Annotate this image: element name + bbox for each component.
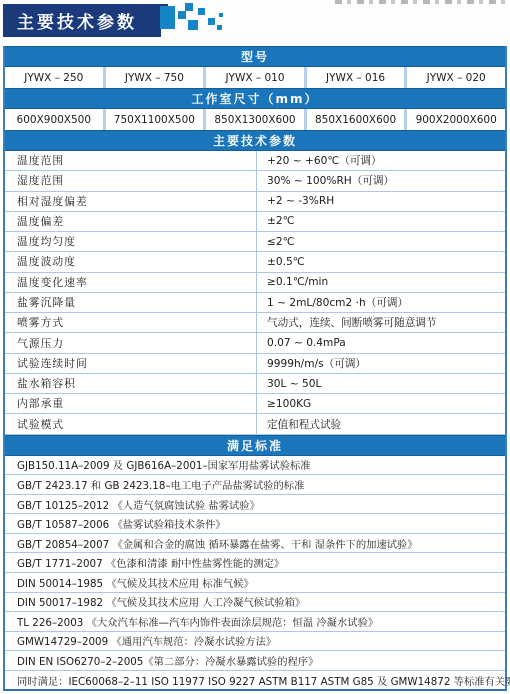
standard-row: GB/T 20854–2007 《金属和合金的腐蚀 循环暴露在盐雾、干和 湿条件… bbox=[5, 534, 505, 554]
param-label: 内部承重 bbox=[5, 394, 257, 413]
param-value: ±2℃ bbox=[257, 212, 505, 231]
param-label: 试验模式 bbox=[5, 414, 257, 433]
param-row: 内部承重 ≥100KG bbox=[5, 394, 505, 414]
mosaic-square bbox=[185, 3, 193, 11]
size-cell: 850X1300X600 bbox=[206, 109, 307, 130]
param-row: 温度变化速率 ≥0.1℃/min bbox=[5, 273, 505, 293]
param-row: 喷雾方式 气动式，连续、间断喷雾可随意调节 bbox=[5, 313, 505, 333]
param-row: 温度波动度 ±0.5℃ bbox=[5, 252, 505, 272]
clipped-text-fragment bbox=[335, 0, 510, 4]
section-header-size: 工作室尺寸（mm） bbox=[5, 88, 505, 109]
param-value: 1 ~ 2mL/80cm2 ·h（可调） bbox=[257, 293, 505, 312]
mosaic-square bbox=[219, 13, 223, 17]
param-row: 盐水箱容积 30L ~ 50L bbox=[5, 374, 505, 394]
standard-row: DIN EN ISO6270–2–2005《第二部分：冷凝水暴露试验的程序》 bbox=[5, 651, 505, 671]
param-label: 喷雾方式 bbox=[5, 313, 257, 332]
standard-row: GB/T 10587–2006 《盐雾试验箱技术条件》 bbox=[5, 514, 505, 534]
param-label: 盐雾沉降量 bbox=[5, 293, 257, 312]
param-row: 盐雾沉降量 1 ~ 2mL/80cm2 ·h（可调） bbox=[5, 293, 505, 313]
mosaic-square bbox=[217, 25, 222, 30]
section-header-params: 主要技术参数 bbox=[5, 130, 505, 151]
standard-row: TL 226–2003 《大众汽车标准—汽车内饰件表面涂层规范：恒温 冷凝水试验… bbox=[5, 612, 505, 632]
spec-sheet-page: 主要技术参数 型号 JYWX – 250 JYWX – 750 JYWX – 0… bbox=[0, 0, 510, 694]
param-value: 30% ~ 100%RH（可调） bbox=[257, 171, 505, 190]
param-value: +20 ~ +60℃（可调） bbox=[257, 151, 505, 170]
param-label: 温度均匀度 bbox=[5, 232, 257, 251]
model-cell: JYWX – 750 bbox=[106, 67, 207, 88]
param-value: ≥0.1℃/min bbox=[257, 273, 505, 292]
param-value: 定值和程式试验 bbox=[257, 414, 505, 433]
mosaic-square bbox=[208, 18, 215, 25]
page-title: 主要技术参数 bbox=[3, 8, 137, 33]
mosaic-square bbox=[198, 8, 205, 15]
param-row: 试验模式 定值和程式试验 bbox=[5, 414, 505, 434]
standard-row: GJB150.11A–2009 及 GJB616A–2001–国家军用盐雾试验标… bbox=[5, 456, 505, 476]
param-label: 温度范围 bbox=[5, 151, 257, 170]
model-cell: JYWX – 010 bbox=[206, 67, 307, 88]
standard-row: DIN 50017–1982 《气候及其技术应用 人工冷凝气候试验箱》 bbox=[5, 593, 505, 613]
standard-row: 同时满足：IEC60068–2–11 ISO 11977 ISO 9227 AS… bbox=[5, 671, 505, 691]
mosaic-square bbox=[160, 6, 175, 29]
size-cell: 850X1600X600 bbox=[307, 109, 408, 130]
param-value: 0.07 ~ 0.4mPa bbox=[257, 333, 505, 352]
standard-row: DIN 50014–1985 《气候及其技术应用 标准气候》 bbox=[5, 573, 505, 593]
param-label: 温度波动度 bbox=[5, 252, 257, 271]
model-cell: JYWX – 020 bbox=[407, 67, 505, 88]
standard-row: GMW14729–2009 《通用汽车规范：冷凝水试验方法》 bbox=[5, 632, 505, 652]
param-value: 9999h/m/s（可调） bbox=[257, 354, 505, 373]
param-row: 试验连续时间 9999h/m/s（可调） bbox=[5, 354, 505, 374]
param-value: 30L ~ 50L bbox=[257, 374, 505, 393]
param-row: 温度均匀度 ≤2℃ bbox=[5, 232, 505, 252]
param-row: 湿度范围 30% ~ 100%RH（可调） bbox=[5, 171, 505, 191]
param-label: 相对湿度偏差 bbox=[5, 192, 257, 211]
param-value: ±0.5℃ bbox=[257, 252, 505, 271]
mosaic-square bbox=[178, 11, 186, 19]
param-label: 温度变化速率 bbox=[5, 273, 257, 292]
model-row: JYWX – 250 JYWX – 750 JYWX – 010 JYWX – … bbox=[5, 67, 505, 88]
standard-row: GB/T 1771–2007 《色漆和清漆 耐中性盐雾性能的测定》 bbox=[5, 553, 505, 573]
size-cell: 750X1100X500 bbox=[106, 109, 207, 130]
param-row: 温度偏差 ±2℃ bbox=[5, 212, 505, 232]
size-cell: 600X900X500 bbox=[5, 109, 106, 130]
model-cell: JYWX – 016 bbox=[307, 67, 408, 88]
param-value: ≥100KG bbox=[257, 394, 505, 413]
size-cell: 900X2000X600 bbox=[407, 109, 505, 130]
param-value: 气动式，连续、间断喷雾可随意调节 bbox=[257, 313, 505, 332]
page-title-banner: 主要技术参数 bbox=[3, 4, 161, 37]
param-label: 盐水箱容积 bbox=[5, 374, 257, 393]
param-value: ≤2℃ bbox=[257, 232, 505, 251]
param-value: +2 ~ -3%RH bbox=[257, 192, 505, 211]
standard-row: GB/T 2423.17 和 GB 2423.18–电工电子产品盐雾试验的标准 bbox=[5, 475, 505, 495]
standard-row: GB/T 10125–2012 《人造气氛腐蚀试验 盐雾试验》 bbox=[5, 495, 505, 515]
param-label: 湿度范围 bbox=[5, 171, 257, 190]
size-row: 600X900X500 750X1100X500 850X1300X600 85… bbox=[5, 109, 505, 130]
mosaic-square bbox=[188, 20, 198, 30]
param-label: 试验连续时间 bbox=[5, 354, 257, 373]
param-row: 温度范围 +20 ~ +60℃（可调） bbox=[5, 151, 505, 171]
param-row: 相对湿度偏差 +2 ~ -3%RH bbox=[5, 192, 505, 212]
section-header-standards: 满足标准 bbox=[5, 435, 505, 456]
model-cell: JYWX – 250 bbox=[5, 67, 106, 88]
spec-table: 型号 JYWX – 250 JYWX – 750 JYWX – 010 JYWX… bbox=[3, 46, 507, 691]
section-header-model: 型号 bbox=[5, 46, 505, 67]
param-label: 气源压力 bbox=[5, 333, 257, 352]
param-label: 温度偏差 bbox=[5, 212, 257, 231]
param-row: 气源压力 0.07 ~ 0.4mPa bbox=[5, 333, 505, 353]
